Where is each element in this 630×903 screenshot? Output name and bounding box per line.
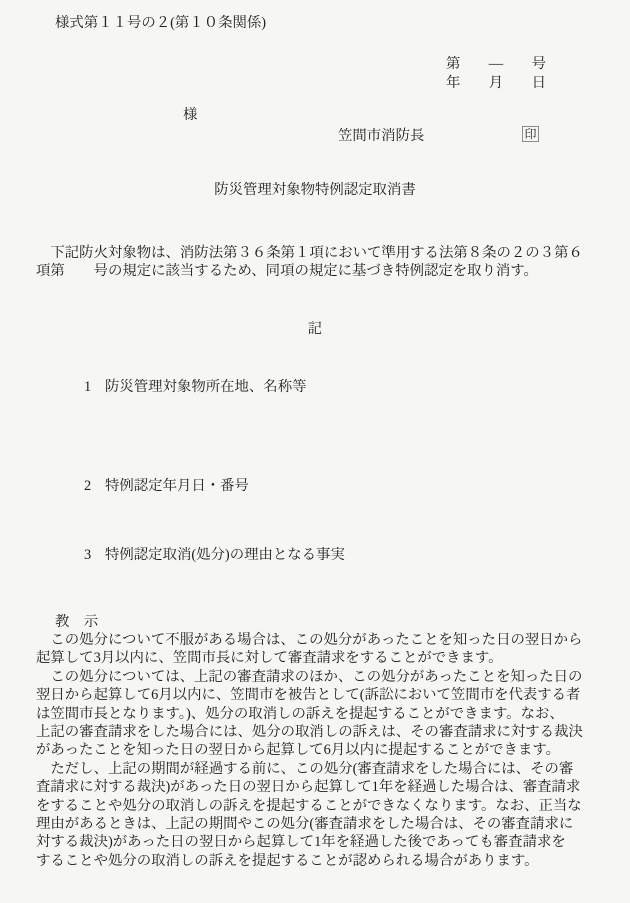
document-page: 様式第１１号の２(第１０条関係) 第 ― 号 年 月 日 様 笠間市消防長 印 … (0, 0, 630, 903)
form-id: 様式第１１号の２(第１０条関係) (55, 14, 266, 32)
item-label: 特例認定取消(処分)の理由となる事実 (105, 546, 345, 564)
addressee-suffix: 様 (183, 106, 197, 124)
ki-marker: 記 (0, 320, 630, 338)
item-number: 3 (84, 546, 105, 564)
list-item-3: 3 特例認定取消(処分)の理由となる事実 (84, 546, 345, 564)
document-number-prefix: 第 (446, 55, 460, 73)
kyoji-paragraph-3: ただし、上記の期間が経過する前に、この処分(審査請求をした場合には、その審 査請… (36, 760, 582, 870)
date-year-label: 年 (446, 74, 460, 92)
issuer-name: 笠間市消防長 (338, 127, 424, 145)
item-label: 特例認定年月日・番号 (105, 477, 249, 495)
kyoji-paragraph-2: この処分については、上記の審査請求のほか、この処分があったことを知った日の 翌日… (36, 668, 583, 760)
item-number: 1 (84, 378, 105, 396)
kyoji-heading: 教 示 (55, 613, 98, 631)
item-number: 2 (84, 477, 105, 495)
date-day-label: 日 (532, 74, 546, 92)
seal-box: 印 (522, 126, 539, 142)
document-number-blank: ― (489, 55, 503, 73)
kyoji-paragraph-1: この処分について不服がある場合は、この処分があったことを知った日の翌日から 起算… (36, 631, 582, 668)
document-title: 防災管理対象物特例認定取消書 (0, 181, 630, 199)
list-item-1: 1 防災管理対象物所在地、名称等 (84, 378, 306, 396)
seal-mark: 印 (524, 128, 536, 140)
main-paragraph: 下記防火対象物は、消防法第３６条第１項において準用する法第８条の２の３第６ 項第… (36, 244, 583, 281)
item-label: 防災管理対象物所在地、名称等 (105, 378, 306, 396)
date-month-label: 月 (489, 74, 503, 92)
list-item-2: 2 特例認定年月日・番号 (84, 477, 249, 495)
document-number-line: 第 ― 号 (446, 55, 546, 73)
date-line: 年 月 日 (446, 74, 546, 92)
document-number-suffix: 号 (532, 55, 546, 73)
